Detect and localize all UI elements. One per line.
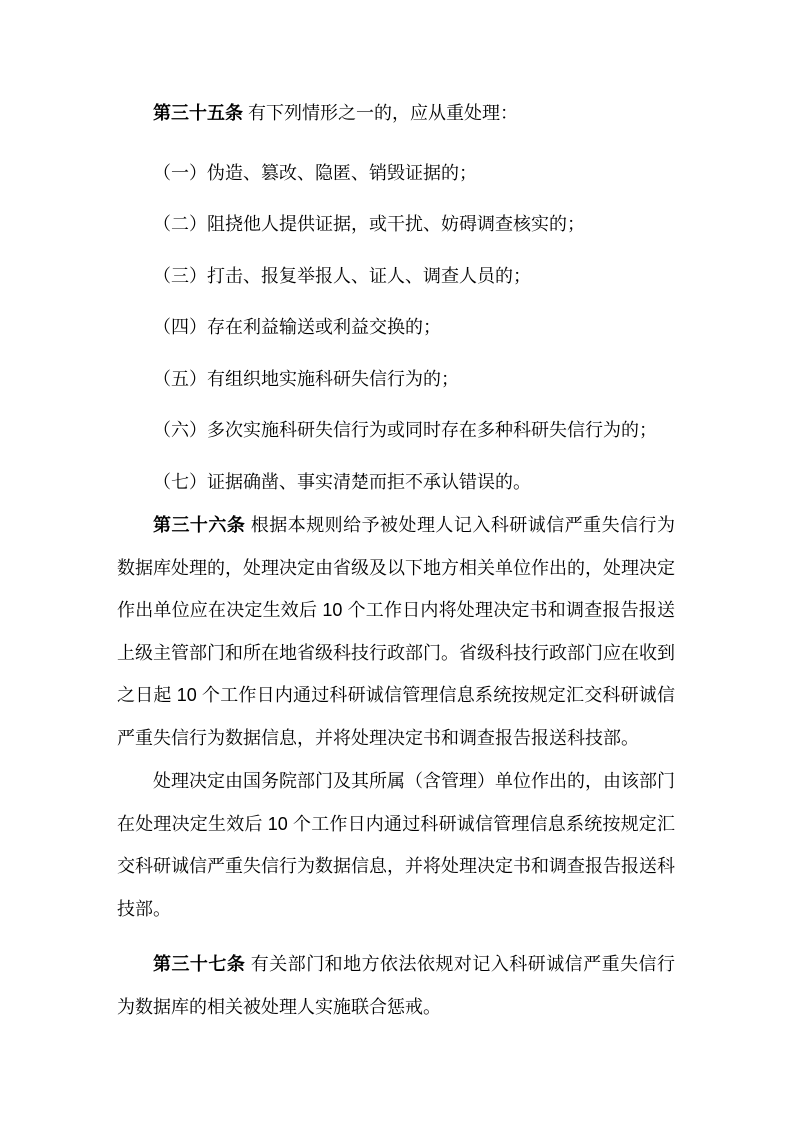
body-paragraph: 处理决定由国务院部门及其所属（含管理）单位作出的，由该部门在处理决定生效后 10… — [117, 760, 675, 930]
article-number: 第三十六条 — [153, 515, 245, 535]
text-line: 交科研诚信严重失信行为数据信息，并将处理决定书和调查报告报送科 — [117, 845, 675, 888]
document-body: 第三十五条 有下列情形之一的，应从重处理：（一）伪造、篡改、隐匿、销毁证据的；（… — [117, 92, 675, 1028]
text-line: （五）有组织地实施科研失信行为的； — [117, 358, 675, 401]
text-line: （一）伪造、篡改、隐匿、销毁证据的； — [117, 152, 675, 195]
list-item-paragraph: （六）多次实施科研失信行为或同时存在多种科研失信行为的； — [117, 409, 675, 452]
list-item-paragraph: （五）有组织地实施科研失信行为的； — [117, 358, 675, 401]
text-line: 上级主管部门和所在地省级科技行政部门。省级科技行政部门应在收到 — [117, 632, 675, 675]
text-line: 第三十七条 有关部门和地方依法依规对记入科研诚信严重失信行 — [117, 943, 675, 986]
paragraph-text: 有关部门和地方依法依规对记入科研诚信严重失信行 — [251, 954, 675, 974]
text-line: 处理决定由国务院部门及其所属（含管理）单位作出的，由该部门 — [117, 760, 675, 803]
text-line: （四）存在利益输送或利益交换的； — [117, 306, 675, 349]
text-line: 作出单位应在决定生效后 10 个工作日内将处理决定书和调查报告报送 — [117, 589, 675, 632]
text-line: （六）多次实施科研失信行为或同时存在多种科研失信行为的； — [117, 409, 675, 452]
article-paragraph: 第三十六条 根据本规则给予被处理人记入科研诚信严重失信行为数据库处理的，处理决定… — [117, 504, 675, 759]
article-paragraph: 第三十五条 有下列情形之一的，应从重处理： — [117, 92, 675, 135]
text-line: 严重失信行为数据信息，并将处理决定书和调查报告报送科技部。 — [117, 717, 675, 760]
article-number: 第三十五条 — [153, 103, 243, 123]
list-item-paragraph: （四）存在利益输送或利益交换的； — [117, 306, 675, 349]
text-line: （二）阻挠他人提供证据，或干扰、妨碍调查核实的； — [117, 203, 675, 246]
text-line: 为数据库的相关被处理人实施联合惩戒。 — [117, 986, 675, 1029]
article-paragraph: 第三十七条 有关部门和地方依法依规对记入科研诚信严重失信行为数据库的相关被处理人… — [117, 943, 675, 1028]
list-item-paragraph: （一）伪造、篡改、隐匿、销毁证据的； — [117, 152, 675, 195]
text-line: 技部。 — [117, 888, 675, 931]
text-line: （三）打击、报复举报人、证人、调查人员的； — [117, 255, 675, 298]
text-line: 第三十五条 有下列情形之一的，应从重处理： — [117, 92, 675, 135]
document-page: 第三十五条 有下列情形之一的，应从重处理：（一）伪造、篡改、隐匿、销毁证据的；（… — [0, 0, 793, 1122]
list-item-paragraph: （三）打击、报复举报人、证人、调查人员的； — [117, 255, 675, 298]
text-line: 第三十六条 根据本规则给予被处理人记入科研诚信严重失信行为 — [117, 504, 675, 547]
text-line: 之日起 10 个工作日内通过科研诚信管理信息系统按规定汇交科研诚信 — [117, 674, 675, 717]
text-line: 在处理决定生效后 10 个工作日内通过科研诚信管理信息系统按规定汇 — [117, 803, 675, 846]
list-item-paragraph: （二）阻挠他人提供证据，或干扰、妨碍调查核实的； — [117, 203, 675, 246]
paragraph-text: 根据本规则给予被处理人记入科研诚信严重失信行为 — [251, 515, 675, 535]
text-line: （七）证据确凿、事实清楚而拒不承认错误的。 — [117, 461, 675, 504]
paragraph-text: 有下列情形之一的，应从重处理： — [248, 103, 518, 123]
text-line: 数据库处理的，处理决定由省级及以下地方相关单位作出的，处理决定 — [117, 547, 675, 590]
list-item-paragraph: （七）证据确凿、事实清楚而拒不承认错误的。 — [117, 461, 675, 504]
article-number: 第三十七条 — [153, 954, 245, 974]
